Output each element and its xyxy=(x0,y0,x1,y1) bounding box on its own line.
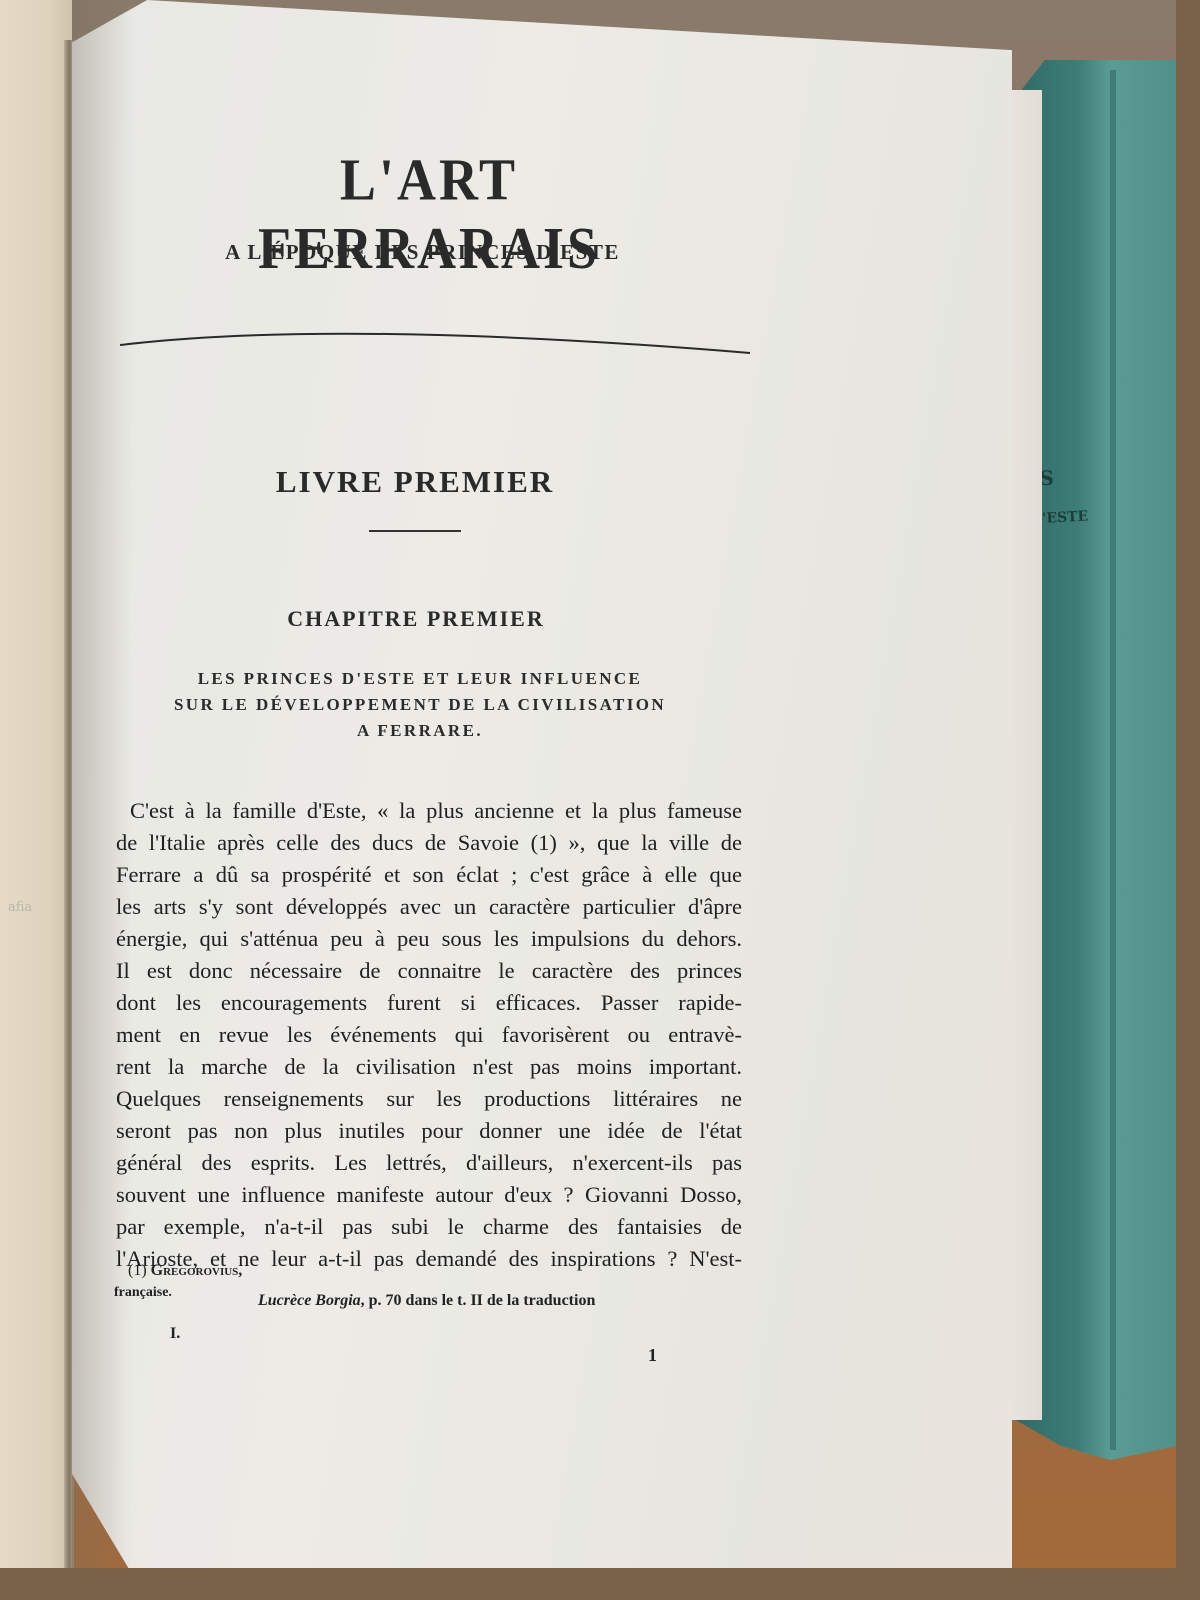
chapter-title: LES PRINCES D'ESTE ET LEUR INFLUENCE SUR… xyxy=(130,666,710,744)
page-number: 1 xyxy=(648,1345,657,1366)
body-line: Quelques renseignements sur les producti… xyxy=(116,1086,742,1112)
body-line: C'est à la famille d'Este, « la plus anc… xyxy=(130,798,742,824)
body-line: dont les encouragements furent si effica… xyxy=(116,990,742,1016)
body-line: Il est donc nécessaire de connaitre le c… xyxy=(116,958,742,984)
body-line: énergie, qui s'atténua peu à peu sous le… xyxy=(116,926,742,952)
footnote-continuation: française. xyxy=(114,1285,734,1301)
body-line: général des esprits. Les lettrés, d'aill… xyxy=(116,1150,742,1176)
footnote-author: Gregorovius, xyxy=(151,1262,243,1279)
chapter-title-line: SUR LE DÉVELOPPEMENT DE LA CIVILISATION xyxy=(130,692,710,718)
body-line: rent la marche de la civilisation n'est … xyxy=(116,1054,742,1080)
chapter-title-line: A FERRARE. xyxy=(130,718,710,744)
green-book-spine-edge xyxy=(1110,70,1116,1450)
footnote-marker: (1) Gregorovius, xyxy=(128,1262,748,1280)
body-line: les arts s'y sont développés avec un car… xyxy=(116,894,742,920)
body-line: souvent une influence manifeste autour d… xyxy=(116,1182,742,1208)
body-line: de l'Italie après celle des ducs de Savo… xyxy=(116,830,742,856)
body-line: seront pas non plus inutiles pour donner… xyxy=(116,1118,742,1144)
faint-show-through: afia xyxy=(8,900,32,915)
chapter-title-line: LES PRINCES D'ESTE ET LEUR INFLUENCE xyxy=(130,666,710,692)
left-page xyxy=(0,0,72,1568)
part-heading: LIVRE PREMIER xyxy=(265,464,565,500)
body-line: ment en revue les événements qui favoris… xyxy=(116,1022,742,1048)
book-subtitle: A L'ÉPOQUE DES PRINCES D'ESTE xyxy=(200,240,645,265)
body-line: par exemple, n'a-t-il pas subi le charme… xyxy=(116,1214,742,1240)
part-rule xyxy=(369,530,461,532)
page-gutter-shadow xyxy=(72,0,132,1568)
chapter-heading: CHAPITRE PREMIER xyxy=(270,606,562,632)
title-rule xyxy=(118,325,758,365)
body-line: Ferrare a dû sa prospérité et son éclat … xyxy=(116,862,742,888)
signature-mark: I. xyxy=(170,1325,180,1343)
